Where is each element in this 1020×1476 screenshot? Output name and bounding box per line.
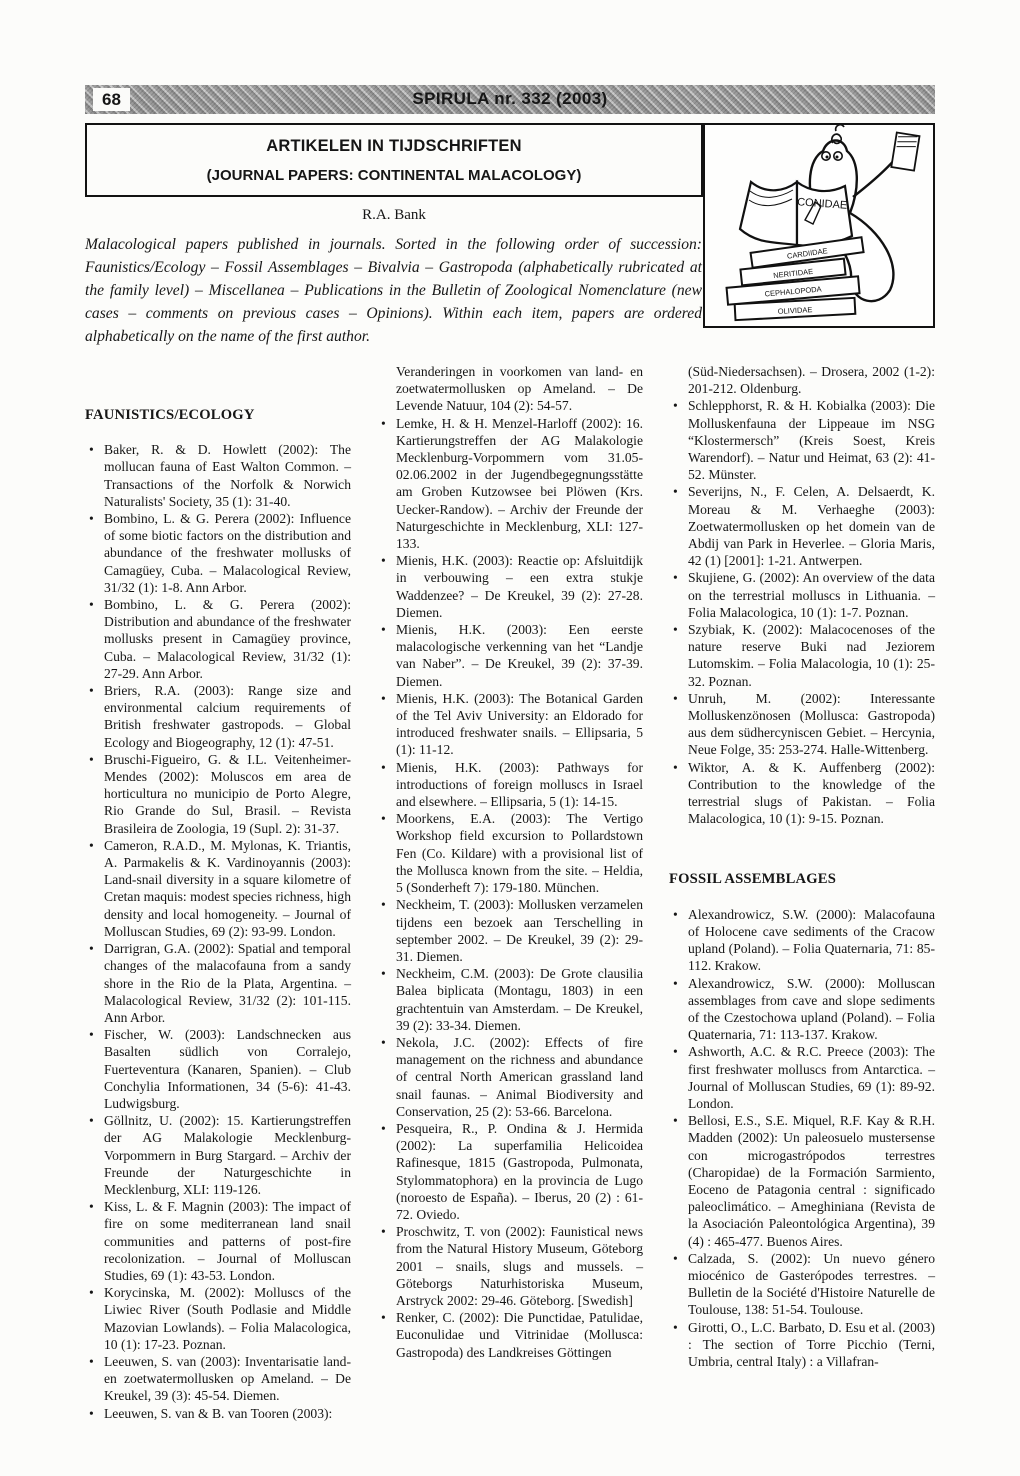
- bibliography-item: Calzada, S. (2002): Un nuevo género mioc…: [669, 1250, 935, 1319]
- bibliography-item-text: Szybiak, K. (2002): Malacocenoses of the…: [688, 622, 935, 689]
- bibliography-item-text: Darrigran, G.A. (2002): Spatial and temp…: [104, 941, 351, 1025]
- bibliography-item-text: Bombino, L. & G. Perera (2002): Distribu…: [104, 597, 351, 681]
- bibliography-item-text: Girotti, O., L.C. Barbato, D. Esu et al.…: [688, 1320, 935, 1369]
- bibliography-item: Darrigran, G.A. (2002): Spatial and temp…: [85, 940, 351, 1026]
- bibliography-item: Cameron, R.A.D., M. Mylonas, K. Triantis…: [85, 837, 351, 940]
- bibliography-item: Severijns, N., F. Celen, A. Delsaerdt, K…: [669, 483, 935, 569]
- bibliography-item-text: Mienis, H.K. (2003): The Botanical Garde…: [396, 691, 643, 758]
- bibliography-item: Renker, C. (2002): Die Punctidae, Patuli…: [377, 1309, 643, 1361]
- bibliography-item: Moorkens, E.A. (2003): The Vertigo Works…: [377, 810, 643, 896]
- bibliography-item-text: Calzada, S. (2002): Un nuevo género mioc…: [688, 1251, 935, 1318]
- bibliography-item: Schlepphorst, R. & H. Kobialka (2003): D…: [669, 397, 935, 483]
- bibliography-item-text: Skujiene, G. (2002): An overview of the …: [688, 570, 935, 619]
- bibliography-item: (Süd-Niedersachsen). – Drosera, 2002 (1-…: [669, 363, 935, 397]
- bibliography-item: Baker, R. & D. Howlett (2002): The mollu…: [85, 441, 351, 510]
- bibliography-item-text: Kiss, L. & F. Magnin (2003): The impact …: [104, 1199, 351, 1283]
- bibliography-item: Girotti, O., L.C. Barbato, D. Esu et al.…: [669, 1319, 935, 1371]
- bibliography-item: Bellosi, E.S., S.E. Miquel, R.F. Kay & R…: [669, 1112, 935, 1250]
- bibliography-item: Korycinska, M. (2002): Molluscs of the L…: [85, 1284, 351, 1353]
- bibliography-item-text: Leeuwen, S. van (2003): Inventarisatie l…: [104, 1354, 351, 1403]
- bibliography-item: Bruschi-Figueiro, G. & I.L. Veitenheimer…: [85, 751, 351, 837]
- bibliography-item-text: Veranderingen in voorkomen van land- en …: [396, 364, 643, 413]
- bibliography-item-text: Pesqueira, R., P. Ondina & J. Hermida (2…: [396, 1121, 643, 1222]
- page-header-bar: 68 SPIRULA nr. 332 (2003): [85, 85, 935, 114]
- bibliography-item-text: Korycinska, M. (2002): Molluscs of the L…: [104, 1285, 351, 1352]
- bibliography-column-2: Veranderingen in voorkomen van land- en …: [377, 363, 643, 1422]
- bibliography-item: Mienis, H.K. (2003): Reactie op: Afsluit…: [377, 552, 643, 621]
- bibliography-item-text: Bruschi-Figueiro, G. & I.L. Veitenheimer…: [104, 752, 351, 836]
- bibliography-item-text: Proschwitz, T. von (2002): Faunistical n…: [396, 1224, 643, 1308]
- bibliography-item: Lemke, H. & H. Menzel-Harloff (2002): 16…: [377, 415, 643, 553]
- bibliography-item-text: Severijns, N., F. Celen, A. Delsaerdt, K…: [688, 484, 935, 568]
- bibliography-item: Fischer, W. (2003): Landschnecken aus Ba…: [85, 1026, 351, 1112]
- bibliography-item: Nekola, J.C. (2002): Effects of fire man…: [377, 1034, 643, 1120]
- article-title-box: ARTIKELEN IN TIJDSCHRIFTEN (JOURNAL PAPE…: [85, 123, 703, 197]
- book-spine-label: OLIVIDAE: [778, 305, 813, 316]
- journal-title: SPIRULA nr. 332 (2003): [85, 89, 935, 109]
- bibliography-item: Bombino, L. & G. Perera (2002): Influenc…: [85, 510, 351, 596]
- bibliography-item: Bombino, L. & G. Perera (2002): Distribu…: [85, 596, 351, 682]
- bibliography-item-text: Neckheim, C.M. (2003): De Grote clausili…: [396, 966, 643, 1033]
- journal-page: 68 SPIRULA nr. 332 (2003) ARTIKELEN IN T…: [85, 85, 935, 1422]
- bibliography-item-text: Schlepphorst, R. & H. Kobialka (2003): D…: [688, 398, 935, 482]
- bibliography-item: Pesqueira, R., P. Ondina & J. Hermida (2…: [377, 1120, 643, 1223]
- bibliography-item: Leeuwen, S. van (2003): Inventarisatie l…: [85, 1353, 351, 1405]
- article-title-dutch: ARTIKELEN IN TIJDSCHRIFTEN: [87, 137, 701, 156]
- intro-paragraph: Malacological papers published in journa…: [85, 233, 702, 348]
- bibliography-item-text: Cameron, R.A.D., M. Mylonas, K. Triantis…: [104, 838, 351, 939]
- open-book: CONIDAE: [740, 182, 852, 246]
- bibliography-item-text: Bombino, L. & G. Perera (2002): Influenc…: [104, 511, 351, 595]
- bibliography-item-text: Bellosi, E.S., S.E. Miquel, R.F. Kay & R…: [688, 1113, 935, 1248]
- bibliography-item-text: Mienis, H.K. (2003): Een eerste malacolo…: [396, 622, 643, 689]
- bibliography-item: Ashworth, A.C. & R.C. Preece (2003): The…: [669, 1043, 935, 1112]
- header-left: ARTIKELEN IN TIJDSCHRIFTEN (JOURNAL PAPE…: [85, 123, 703, 348]
- bibliography-item: Proschwitz, T. von (2002): Faunistical n…: [377, 1223, 643, 1309]
- bibliography-item: Mienis, H.K. (2003): Een eerste malacolo…: [377, 621, 643, 690]
- bibliography-columns: FAUNISTICS/ECOLOGY Baker, R. & D. Howlet…: [85, 363, 935, 1422]
- bibliography-item: FOSSIL ASSEMBLAGES: [669, 871, 935, 888]
- bibliography-item-text: Moorkens, E.A. (2003): The Vertigo Works…: [396, 811, 643, 895]
- bibliography-item-text: Wiktor, A. & K. Auffenberg (2002): Contr…: [688, 760, 935, 827]
- bibliography-item-text: Göllnitz, U. (2002): 15. Kartierungstref…: [104, 1113, 351, 1197]
- bibliography-item-text: Renker, C. (2002): Die Punctidae, Patuli…: [396, 1310, 643, 1359]
- bibliography-item-text: Ashworth, A.C. & R.C. Preece (2003): The…: [688, 1044, 935, 1111]
- bibliography-item: FAUNISTICS/ECOLOGY: [85, 407, 351, 424]
- bibliography-item: Göllnitz, U. (2002): 15. Kartierungstref…: [85, 1112, 351, 1198]
- bibliography-item: Unruh, M. (2002): Interessante Mollusken…: [669, 690, 935, 759]
- bibliography-item-text: Baker, R. & D. Howlett (2002): The mollu…: [104, 442, 351, 509]
- bibliography-item-text: FOSSIL ASSEMBLAGES: [669, 871, 836, 887]
- bibliography-column-1: FAUNISTICS/ECOLOGY Baker, R. & D. Howlet…: [85, 363, 351, 1422]
- bibliography-item-text: Alexandrowicz, S.W. (2000): Molluscan as…: [688, 976, 935, 1043]
- arm: [853, 158, 896, 197]
- cartoon-illustration-box: CONIDAE OLIVIDAE CEPHALOPODA NERITIDAE: [703, 123, 935, 328]
- bibliography-item-text: Briers, R.A. (2003): Range size and envi…: [104, 683, 351, 750]
- bibliography-item: Kiss, L. & F. Magnin (2003): The impact …: [85, 1198, 351, 1284]
- bibliography-item-text: Nekola, J.C. (2002): Effects of fire man…: [396, 1035, 643, 1119]
- bibliography-item: Briers, R.A. (2003): Range size and envi…: [85, 682, 351, 751]
- book-stack: OLIVIDAE CEPHALOPODA NERITIDAE CARDIIDAE: [727, 237, 864, 320]
- bibliography-item: Alexandrowicz, S.W. (2000): Molluscan as…: [669, 975, 935, 1044]
- bibliography-item-text: FAUNISTICS/ECOLOGY: [85, 407, 255, 423]
- bibliography-item: Szybiak, K. (2002): Malacocenoses of the…: [669, 621, 935, 690]
- bibliography-item: Neckheim, C.M. (2003): De Grote clausili…: [377, 965, 643, 1034]
- bibliography-item: Wiktor, A. & K. Auffenberg (2002): Contr…: [669, 759, 935, 828]
- bibliography-item-text: Mienis, H.K. (2003): Reactie op: Afsluit…: [396, 553, 643, 620]
- bibliography-item-text: Leeuwen, S. van & B. van Tooren (2003):: [104, 1406, 332, 1421]
- bibliography-item: Mienis, H.K. (2003): The Botanical Garde…: [377, 690, 643, 759]
- article-title-english: (JOURNAL PAPERS: CONTINENTAL MALACOLOGY): [87, 167, 701, 184]
- waved-booklet: [891, 132, 919, 170]
- header-row: ARTIKELEN IN TIJDSCHRIFTEN (JOURNAL PAPE…: [85, 123, 935, 348]
- bibliography-item: Mienis, H.K. (2003): Pathways for introd…: [377, 759, 643, 811]
- bibliography-item-text: Unruh, M. (2002): Interessante Mollusken…: [688, 691, 935, 758]
- bibliography-item-text: Fischer, W. (2003): Landschnecken aus Ba…: [104, 1027, 351, 1111]
- snail-reading-books-cartoon: CONIDAE OLIVIDAE CEPHALOPODA NERITIDAE: [705, 125, 933, 326]
- bibliography-item: Alexandrowicz, S.W. (2000): Malacofauna …: [669, 906, 935, 975]
- bibliography-item: Veranderingen in voorkomen van land- en …: [377, 363, 643, 415]
- bibliography-item-text: Mienis, H.K. (2003): Pathways for introd…: [396, 760, 643, 809]
- author-name: R.A. Bank: [85, 207, 703, 224]
- bibliography-column-3: (Süd-Niedersachsen). – Drosera, 2002 (1-…: [669, 363, 935, 1422]
- bibliography-item: Leeuwen, S. van & B. van Tooren (2003):: [85, 1405, 351, 1422]
- bibliography-item-text: Lemke, H. & H. Menzel-Harloff (2002): 16…: [396, 416, 643, 551]
- bibliography-item-text: Neckheim, T. (2003): Mollusken verzamele…: [396, 897, 643, 964]
- bibliography-item-text: (Süd-Niedersachsen). – Drosera, 2002 (1-…: [688, 364, 935, 396]
- bibliography-item-text: Alexandrowicz, S.W. (2000): Malacofauna …: [688, 907, 935, 974]
- bibliography-item: Neckheim, T. (2003): Mollusken verzamele…: [377, 896, 643, 965]
- bibliography-item: Skujiene, G. (2002): An overview of the …: [669, 569, 935, 621]
